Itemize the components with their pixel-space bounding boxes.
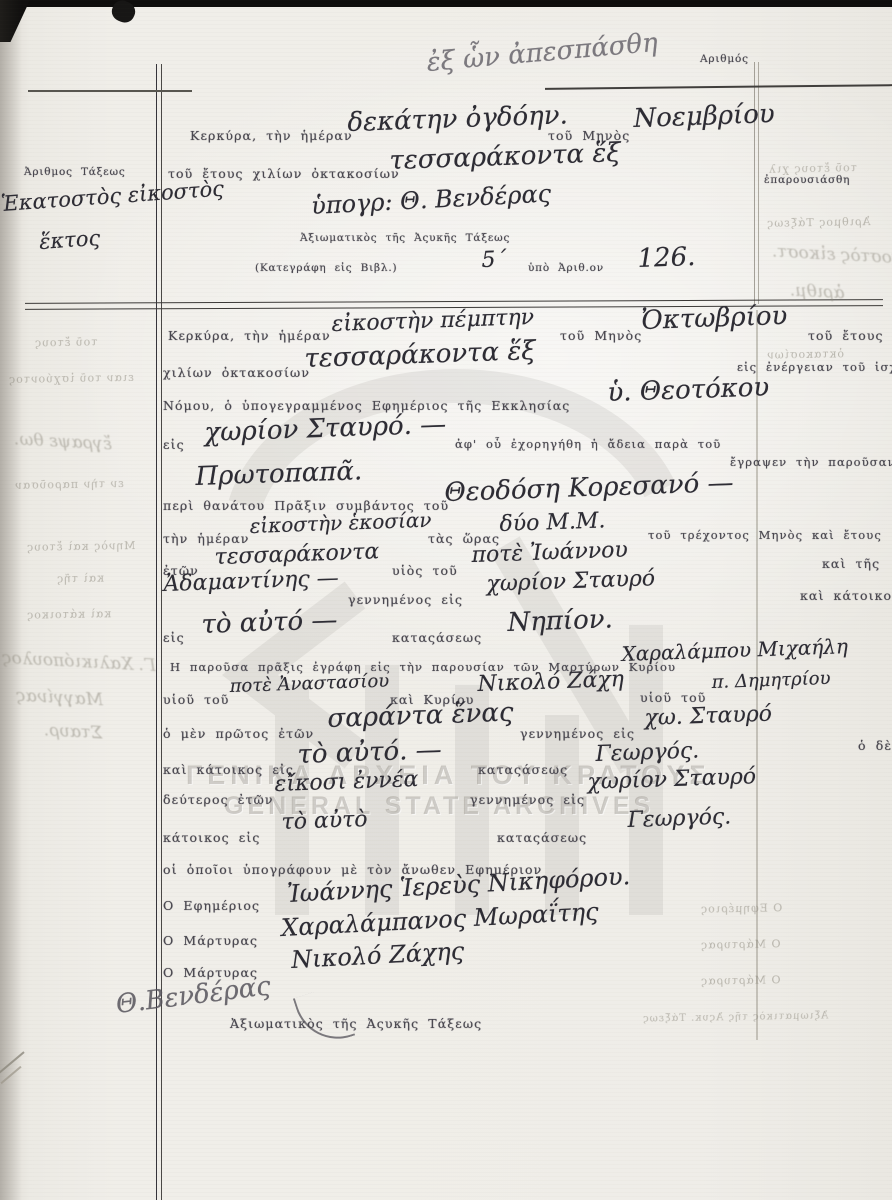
bleedthrough-text: Ο Μάρτυρας: [700, 937, 781, 951]
order-number-value: ἕκτος: [38, 226, 101, 254]
bleedthrough-text: τοῦ ἔτους: [34, 335, 98, 349]
order-number-value: Ἑκατοστὸς εἰκοστὸς: [0, 176, 224, 216]
handwritten-witness2-name: Νικολό Ζάχη: [477, 667, 624, 697]
order-number-label: Ἀριθμος Τάξεως: [24, 166, 126, 178]
form-text: γεννημένος εἰς: [348, 592, 463, 607]
handwritten-authority: Πρωτοπαπᾶ.: [195, 456, 363, 492]
officer-title: Ἀξιωματικὸς τῆς Ἀςυκῆς Τάξεως: [300, 232, 510, 244]
bleedthrough-text: τοῦ ἔτους χιλ: [768, 161, 857, 176]
form-text: γεννημένος εἰς: [470, 792, 585, 807]
form-text: Κερκύρα, τὴν ἡμέραν: [168, 328, 331, 343]
number-label: Αριθμός: [700, 53, 749, 65]
top-left-rule: [28, 90, 192, 92]
form-text: Κερκύρα, τὴν ἡμέραν: [190, 128, 353, 143]
scan-left-edge-shade: [0, 0, 22, 1200]
priest-label: Ο Εφημέριος: [163, 898, 260, 913]
form-text: ὁ δὲ: [858, 738, 892, 753]
handwritten-book-number: 5΄: [481, 247, 507, 273]
bleedthrough-text: Ο Εφημέριος: [700, 901, 782, 915]
handwritten-witness2-birthplace: χωρίον Σταυρό: [587, 764, 756, 795]
form-text: χιλίων ὀκτακοσίων: [163, 365, 310, 380]
form-text: καὶ τῆς: [822, 556, 880, 571]
form-text: ὁ μὲν πρῶτος ἐτῶν: [163, 726, 314, 741]
form-text: ὑπὸ Ἀριθ.ον: [528, 262, 604, 274]
handwritten-witness2-age: εἴκοσι ἐννέα: [274, 767, 419, 797]
handwritten-witness1-birthplace: χω. Σταυρό: [644, 702, 772, 731]
handwritten-day: δεκάτην ὀγδόην.: [347, 100, 568, 138]
form-text: τοῦ ἔτους: [808, 328, 884, 343]
top-annotation-scrawl: ἐξ ὧν ἀπεσπάσθη: [425, 28, 659, 78]
header-column-rule: [754, 62, 759, 304]
witness2-signature: Νικολό Ζάχης: [291, 937, 465, 974]
form-text: τοῦ Μηνὸς: [560, 328, 642, 343]
handwritten-month: Νοεμβρίου: [633, 99, 775, 134]
form-text: εἰς: [163, 630, 185, 645]
bleedthrough-handwriting: ἔγραψε θω.: [14, 429, 113, 454]
form-text: δεύτερος ἐτῶν: [163, 792, 274, 807]
bleedthrough-text: εν τὴν παροῦσαν: [14, 477, 124, 492]
bleedthrough-handwriting: Μαγγίνας: [16, 686, 104, 711]
handwritten-church: ὑ. Θεοτόκου: [607, 372, 770, 408]
bleedthrough-handwriting: Γ. Χαλικιόπουλος: [2, 648, 157, 676]
form-text: Νόμου, ὁ ὑπογεγραμμένος Εφημέριος τῆς Εκ…: [163, 398, 570, 413]
form-text: καὶ κάτοικος: [800, 588, 892, 603]
handwritten-entry-number: 126.: [637, 242, 696, 274]
bleedthrough-text: Μηνὸς καὶ ἔτους: [26, 539, 136, 554]
bleedthrough-text: Ἀριθμος Τάξεως: [766, 215, 871, 230]
form-text: καταςάσεως: [392, 630, 482, 645]
form-text: ἀφ' οὗ ἐχορηγήθη ἡ ἄδεια παρὰ τοῦ: [455, 437, 721, 451]
handwritten-hour: δύο Μ.Μ.: [499, 508, 606, 537]
form-text: (Κατεγράφη εἰς Βιβλ.): [255, 262, 397, 274]
handwritten-residence: τὸ αὐτό —: [201, 605, 338, 640]
handwritten-witness2-residence: τὸ αὐτὸ: [281, 807, 368, 835]
handwritten-officer-signature: ὑπογρ: Θ. Βενδέρας: [311, 179, 552, 220]
form-text: ἔγραψεν τὴν παροῦσαν: [730, 455, 892, 469]
form-text: γεννημένος εἰς: [520, 726, 635, 741]
presented-label: ἐπαρουσιάσθη: [764, 174, 850, 186]
form-text: υἱὸς τοῦ: [392, 563, 458, 578]
bleedthrough-text: καὶ τῆς: [56, 572, 104, 586]
handwritten-year: τεσσαράκοντα ἕξ: [389, 138, 621, 176]
form-text: τοῦ τρέχοντος Μηνὸς καὶ ἔτους: [648, 528, 882, 542]
officer-title: Ἀξιωματικὸς τῆς Ἀςυκῆς Τάξεως: [230, 1016, 482, 1031]
bleedthrough-text: καὶ κάτοικος: [26, 607, 111, 621]
handwritten-witness1-occupation: Γεωργός.: [595, 738, 699, 767]
handwritten-witness2-occupation: Γεωργός.: [627, 804, 731, 833]
form-text: κάτοικος εἰς: [163, 830, 261, 845]
bleedthrough-text: ειαν τοῦ ἰσχύοντος: [8, 371, 134, 386]
form-text: υἱοῦ τοῦ: [640, 690, 706, 705]
bleedthrough-handwriting: Σταυρ.: [44, 720, 104, 743]
bleedthrough-text: Ἀξιωματικὸς τῆς Ἀςυκ. Τάξεως: [642, 1010, 828, 1024]
bleedthrough-text: Ο Μάρτυρας: [700, 973, 781, 987]
top-right-rule: [545, 84, 892, 89]
form-text: καταςάσεως: [478, 762, 568, 777]
handwritten-month: Ὀκτωβρίου: [641, 301, 788, 336]
form-text: υἱοῦ τοῦ: [163, 692, 229, 707]
form-text: τοῦ ἔτους χιλίων ὀκτακοσίων: [168, 166, 400, 181]
bleedthrough-handwriting: ἀριθμ.: [790, 281, 846, 304]
handwritten-witness2-father: π. Δημητρίου: [711, 668, 831, 693]
witness1-label: Ο Μάρτυρας: [163, 933, 258, 948]
bleedthrough-text: ὀκτακοσίων: [766, 347, 844, 361]
left-margin-rule: [156, 64, 162, 1200]
bleedthrough-handwriting: Ἑκατοστὸς εἰκοστ.: [772, 242, 892, 271]
scanned-death-record-page: ΓΕΝΙΚΑ ΑΡΧΕΙΑ ΤΟΥ ΚΡΑΤΟΥΣ GENERAL STATE …: [0, 0, 892, 1200]
form-text: εἰς: [163, 437, 185, 452]
handwritten-witness1-residence: τὸ αὐτό. —: [297, 735, 442, 770]
handwritten-status: Νηπίον.: [507, 604, 613, 638]
form-text: καταςάσεως: [497, 830, 587, 845]
